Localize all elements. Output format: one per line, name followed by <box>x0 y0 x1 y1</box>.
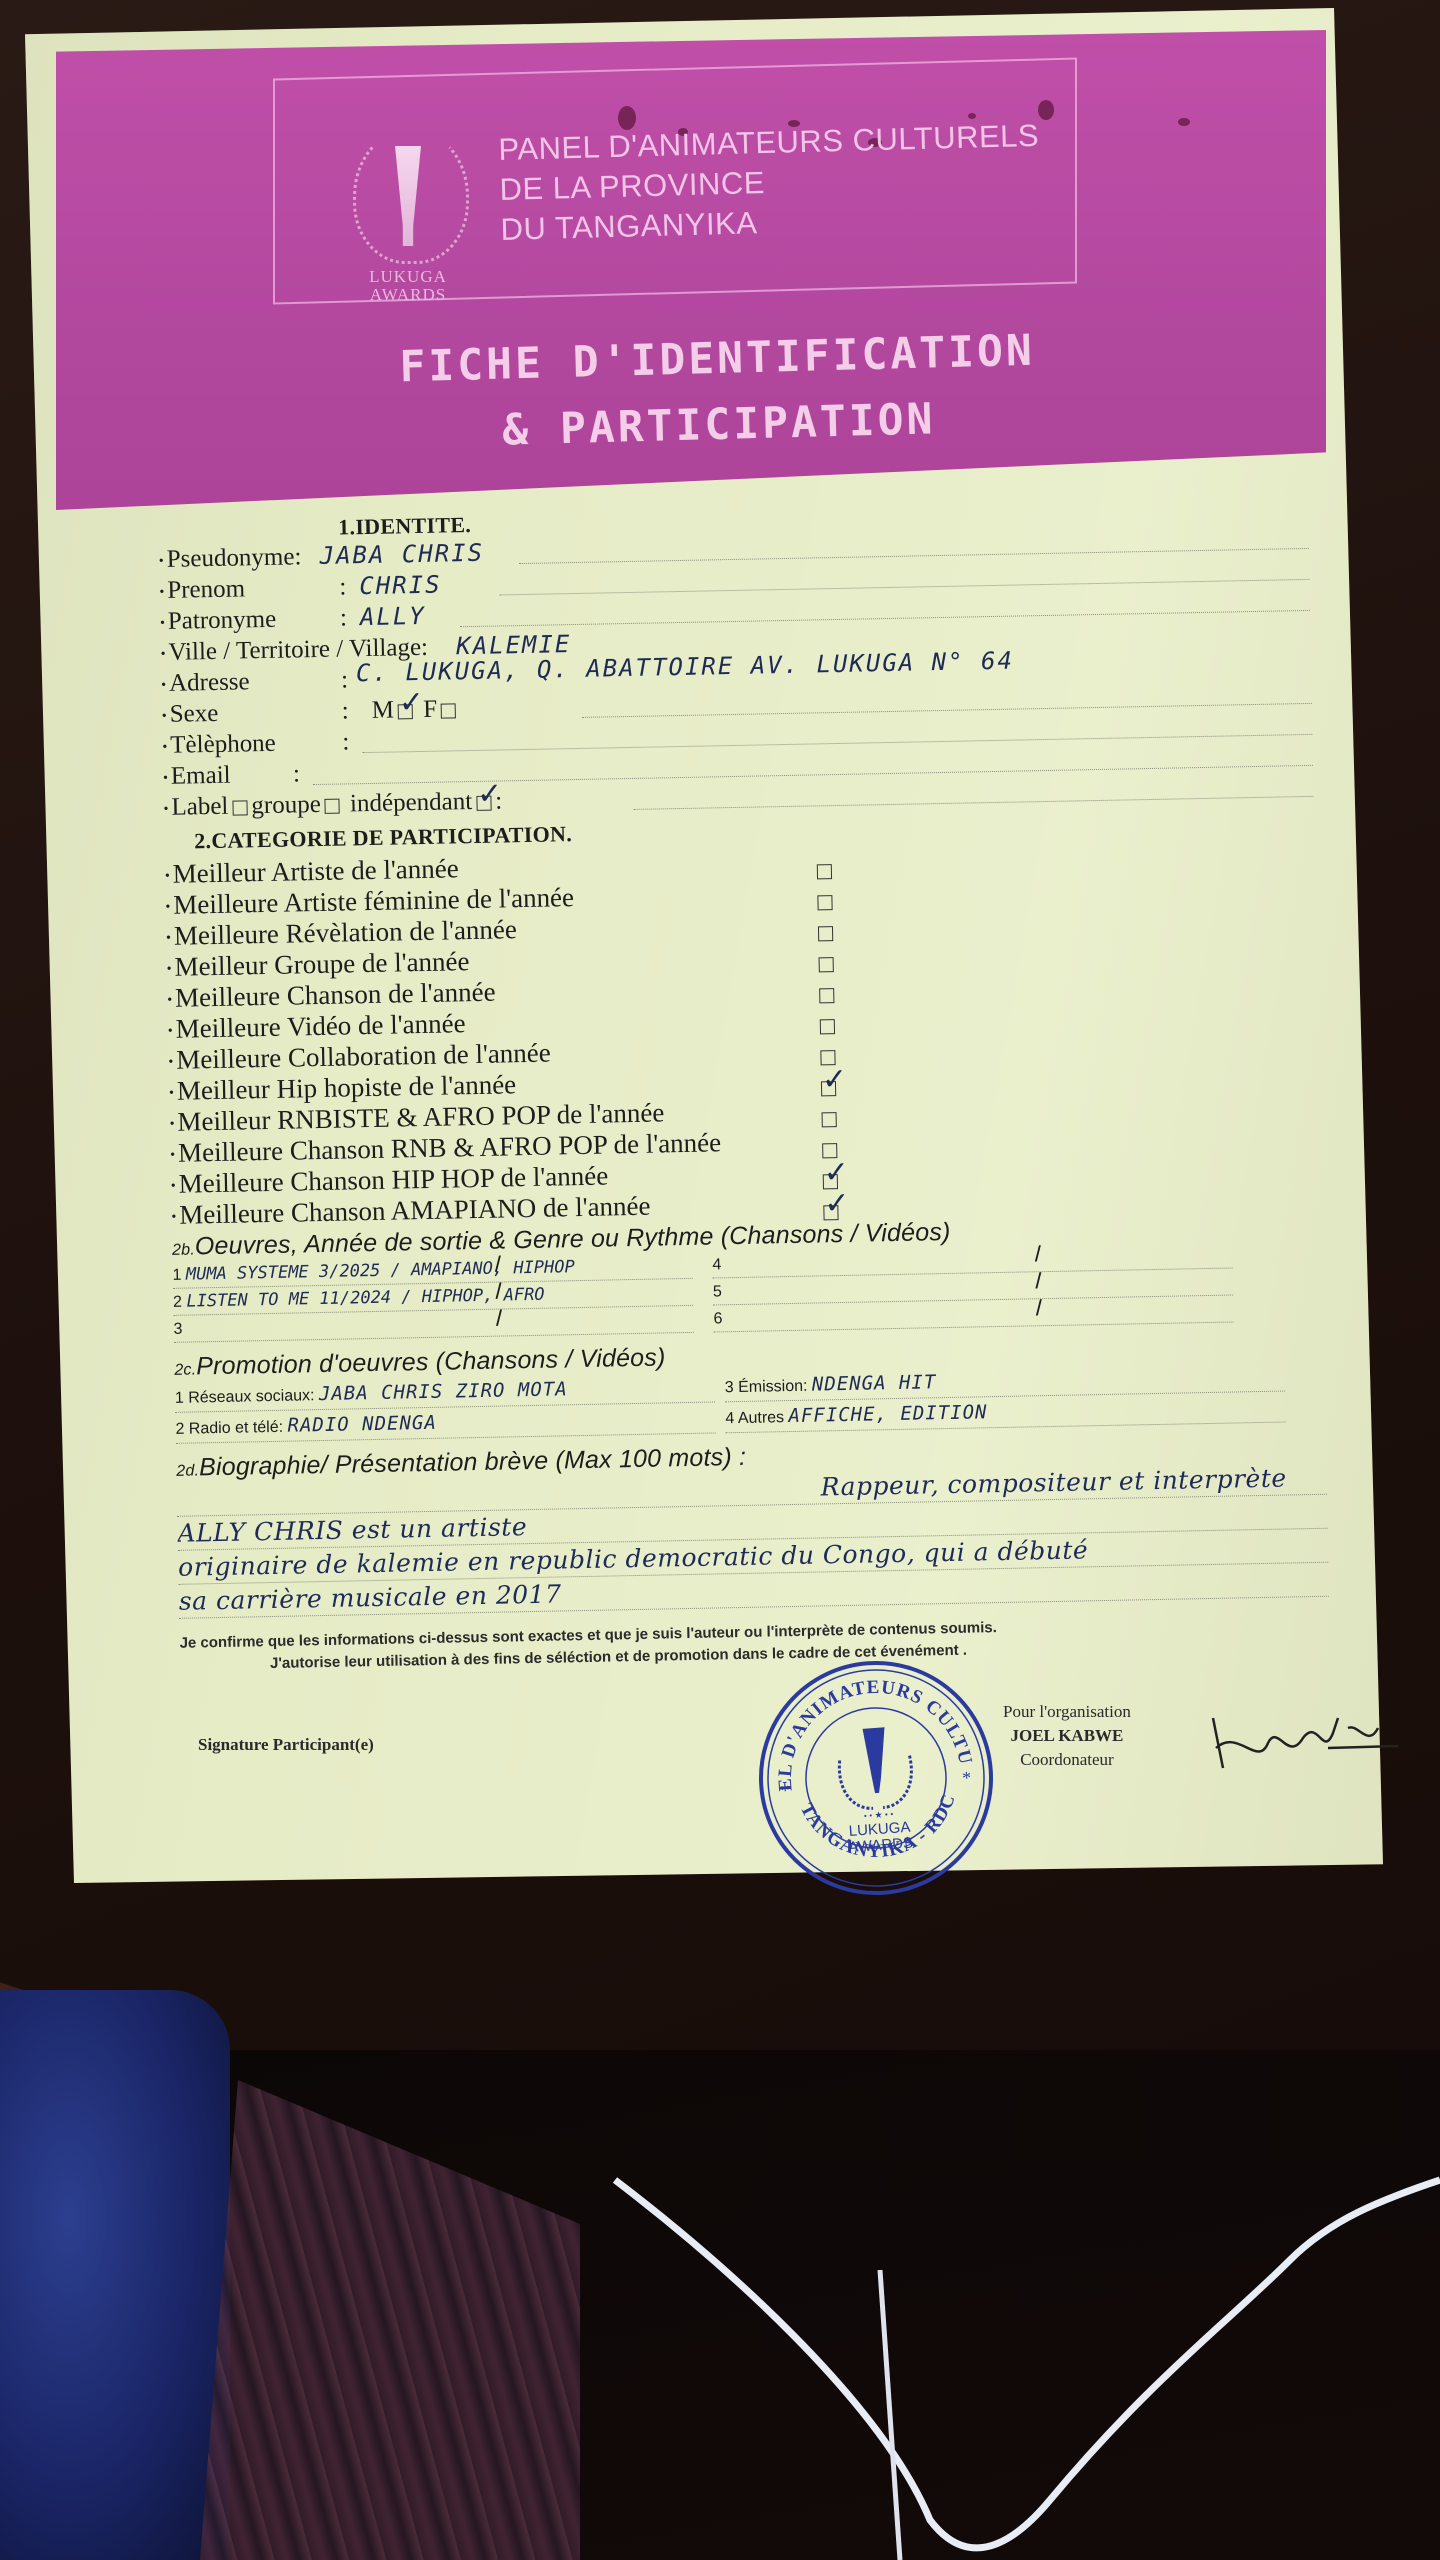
independant-checkbox[interactable] <box>476 795 491 810</box>
label-checkbox[interactable] <box>232 800 247 815</box>
blue-fabric <box>0 1990 230 2560</box>
statut-groupe-text: groupe <box>251 791 321 819</box>
statut-independant-text: indépendant <box>350 788 473 817</box>
statut-label-text: Label <box>171 793 228 821</box>
form-paper: LUKUGA AWARDS PANEL D'ANIMATEURS CULTURE… <box>18 8 1418 1883</box>
field-label: Tèlèphone <box>170 730 276 759</box>
groupe-checkbox[interactable] <box>325 798 340 813</box>
lukuga-awards-logo: LUKUGA AWARDS <box>348 128 468 328</box>
field-label: Pseudonyme: <box>166 543 301 573</box>
organizer-role: Coordonateur <box>1003 1748 1131 1772</box>
form-body: 1.IDENTITE. •Pseudonyme: JABA CHRIS •Pre… <box>158 496 1330 1677</box>
sexe-m-label: M <box>371 697 394 724</box>
field-label: Email <box>171 762 231 790</box>
logo-brand-line2: AWARDS <box>348 286 468 304</box>
field-label: Sexe <box>169 700 218 728</box>
svg-text:*: * <box>780 1780 790 1801</box>
category-label: Meilleure Chanson de l'année <box>175 977 496 1013</box>
svg-text:*: * <box>962 1767 972 1788</box>
field-value-prenom[interactable]: CHRIS <box>359 570 442 603</box>
trophy-stamp-icon <box>863 1727 889 1793</box>
field-label: Adresse <box>169 668 250 697</box>
logo-brand-line1: LUKUGA <box>348 268 468 286</box>
category-checkbox[interactable] <box>823 1205 838 1220</box>
organizer-signature-block: Pour l'organisation JOEL KABWE Coordonat… <box>1003 1700 1131 1772</box>
category-list: •Meilleur Artiste de l'année•Meilleure A… <box>165 837 1322 1231</box>
official-stamp: PANEL D'ANIMATEURS CULTURELS TANGANYIKA … <box>748 1650 1004 1906</box>
category-label: Meilleur Artiste de l'année <box>172 853 459 888</box>
sexe-f-label: F <box>423 696 437 723</box>
field-label: Patronyme <box>168 606 277 635</box>
field-label: Prenom <box>167 575 245 603</box>
field-value-pseudonyme[interactable]: JABA CHRIS <box>319 539 484 570</box>
participant-signature-label: Signature Participant(e) <box>198 1735 374 1755</box>
document-title: FICHE D'IDENTIFICATION & PARTICIPATION <box>386 317 1049 466</box>
sexe-f-checkbox[interactable] <box>441 703 456 718</box>
organization-name: PANEL D'ANIMATEURS CULTURELS DE LA PROVI… <box>498 116 1042 250</box>
category-label: Meilleure Vidéo de l'année <box>175 1008 465 1044</box>
sexe-m-checkbox[interactable] <box>398 704 413 719</box>
field-value-patronyme[interactable]: ALLY <box>360 601 426 633</box>
organizer-name: JOEL KABWE <box>1003 1724 1131 1748</box>
handwritten-signature-icon <box>1208 1708 1408 1778</box>
category-label: Meilleur Groupe de l'année <box>174 946 470 982</box>
